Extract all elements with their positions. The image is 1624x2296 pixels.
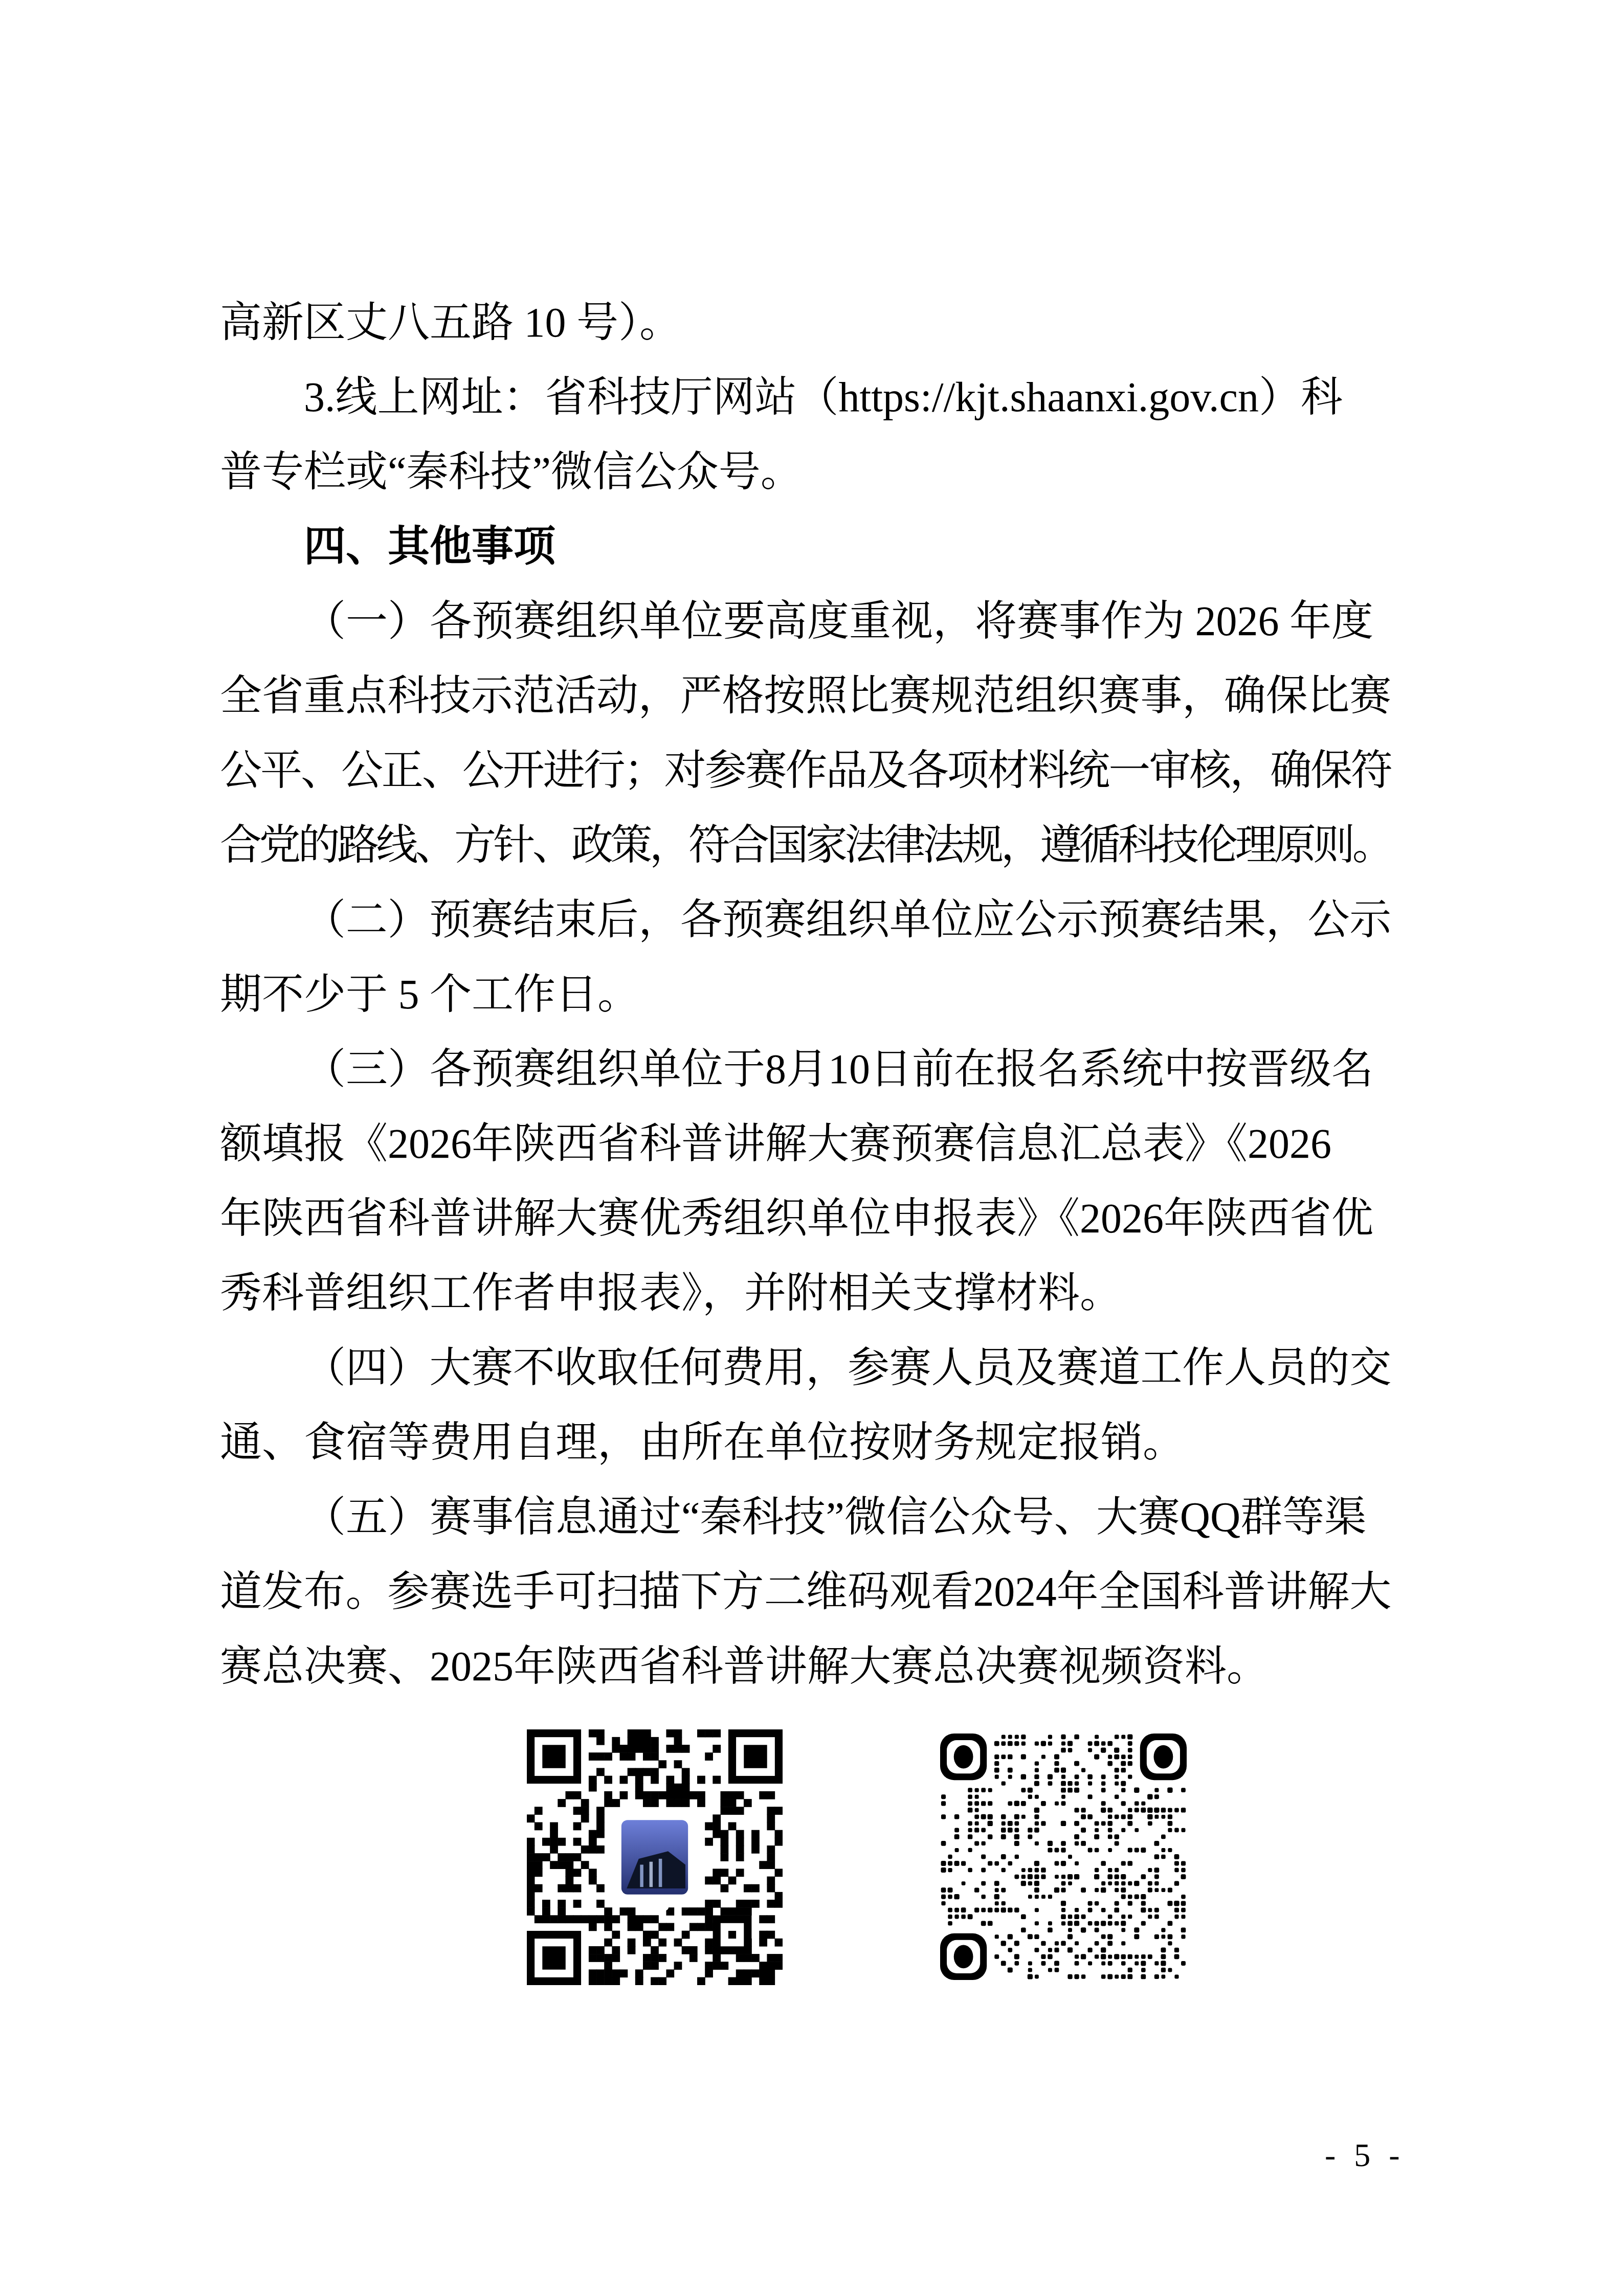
- text-line-16: 通、食宿等费用自理，由所在单位按财务规定报销。: [220, 1405, 1391, 1480]
- text-line-13: 年陕西省科普讲解大赛优秀组织单位申报表》《2026年陕西省优: [220, 1181, 1391, 1256]
- text-line-5: （一）各预赛组织单位要高度重视，将赛事作为 2026 年度: [220, 584, 1391, 659]
- text-line-9: （二）预赛结束后，各预赛组织单位应公示预赛结果，公示: [220, 883, 1391, 957]
- video-resources-qr: [940, 1734, 1187, 1980]
- document-page: { "page": { "page_number": "- 5 -" }, "b…: [0, 0, 1624, 2296]
- text-line-2: 3.线上网址：省科技厅网站（https://kjt.shaanxi.gov.cn…: [220, 360, 1391, 435]
- page-number: - 5 -: [1325, 2136, 1405, 2174]
- text-line-19: 赛总决赛、2025年陕西省科普讲解大赛总决赛视频资料。: [220, 1629, 1391, 1704]
- text-line-18: 道发布。参赛选手可扫描下方二维码观看2024年全国科普讲解大: [220, 1555, 1391, 1629]
- text-line-12: 额填报《2026年陕西省科普讲解大赛预赛信息汇总表》《2026: [220, 1107, 1391, 1181]
- text-line-11: （三）各预赛组织单位于8月10日前在报名系统中按晋级名: [220, 1032, 1391, 1107]
- text-line-10: 期不少于 5 个工作日。: [220, 957, 1391, 1032]
- text-line-17: （五）赛事信息通过“秦科技”微信公众号、大赛QQ群等渠: [220, 1480, 1391, 1555]
- wechat-official-account-qr: [527, 1729, 783, 1985]
- text-line-15: （四）大赛不收取任何费用，参赛人员及赛道工作人员的交: [220, 1331, 1391, 1405]
- text-line-4: 四、其他事项: [220, 509, 1391, 584]
- text-line-7: 公平、公正、公开进行；对参赛作品及各项材料统一审核，确保符: [220, 733, 1391, 808]
- text-line-8: 合党的路线、方针、政策，符合国家法律法规，遵循科技伦理原则。: [220, 808, 1391, 883]
- qr-center-logo: [614, 1813, 695, 1911]
- text-line-6: 全省重点科技示范活动，严格按照比赛规范组织赛事，确保比赛: [220, 659, 1391, 733]
- text-line-1: 高新区丈八五路 10 号）。: [220, 285, 1391, 360]
- text-line-3: 普专栏或“秦科技”微信公众号。: [220, 435, 1391, 509]
- document-body: 高新区丈八五路 10 号）。3.线上网址：省科技厅网站（https://kjt.…: [220, 285, 1391, 1704]
- text-line-14: 秀科普组织工作者申报表》，并附相关支撑材料。: [220, 1256, 1391, 1331]
